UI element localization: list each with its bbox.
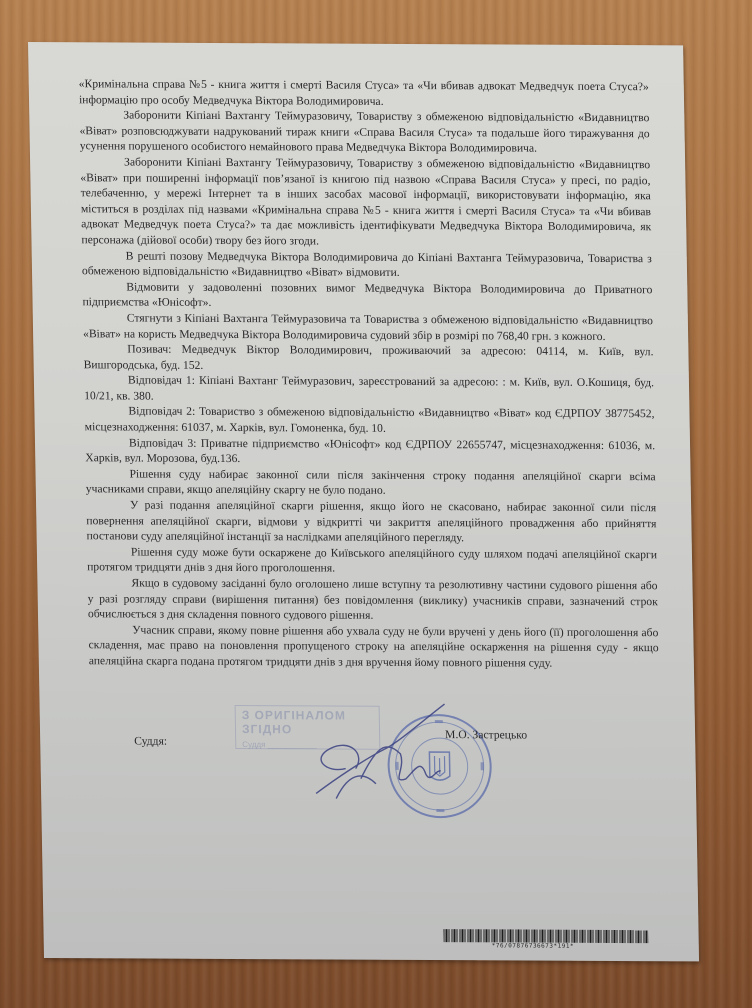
- paragraph: Відмовити у задоволенні позовних вимог М…: [82, 279, 653, 313]
- paragraph: Відповідач 2: Товариство з обмеженою від…: [84, 404, 655, 438]
- barcode-number: *76/07876736673*191*: [492, 942, 574, 949]
- paragraph: Рішення суду може бути оскаржене до Київ…: [87, 544, 658, 578]
- paragraph: Відповідач 1: Кіпіані Вахтанг Теймуразов…: [84, 373, 655, 407]
- paragraph: В решті позову Медведчука Віктора Володи…: [82, 248, 653, 282]
- paragraph: Заборонити Кіпіані Вахтангу Теймуразович…: [80, 154, 652, 251]
- paragraph: Стягнути з Кіпіані Вахтанга Теймуразович…: [83, 310, 654, 344]
- paragraph: Якщо в судовому засіданні було оголошено…: [87, 575, 658, 625]
- paragraph: Рішення суду набирає законної сили після…: [85, 466, 656, 500]
- paragraph: Учасник справи, якому повне рішення або …: [88, 622, 659, 672]
- signature-row: Суддя: М.О. Застрецько: [90, 734, 660, 757]
- paragraph: У разі подання апеляційної скарги рішенн…: [86, 497, 657, 547]
- document-body: «Кримінальна справа №5 - книга життя і с…: [79, 76, 659, 672]
- paragraph: Відповідач 3: Приватне підприємство «Юні…: [85, 435, 656, 469]
- judge-name: М.О. Застрецько: [445, 728, 527, 741]
- document-page: «Кримінальна справа №5 - книга життя і с…: [28, 42, 699, 961]
- barcode-icon: [443, 929, 648, 943]
- paragraph: Заборонити Кіпіані Вахтангу Теймуразович…: [79, 107, 650, 157]
- paragraph: Позивач: Медведчук Віктор Володимирович,…: [83, 341, 654, 375]
- paragraph: «Кримінальна справа №5 - книга життя і с…: [79, 76, 650, 110]
- judge-label: Суддя:: [134, 734, 167, 747]
